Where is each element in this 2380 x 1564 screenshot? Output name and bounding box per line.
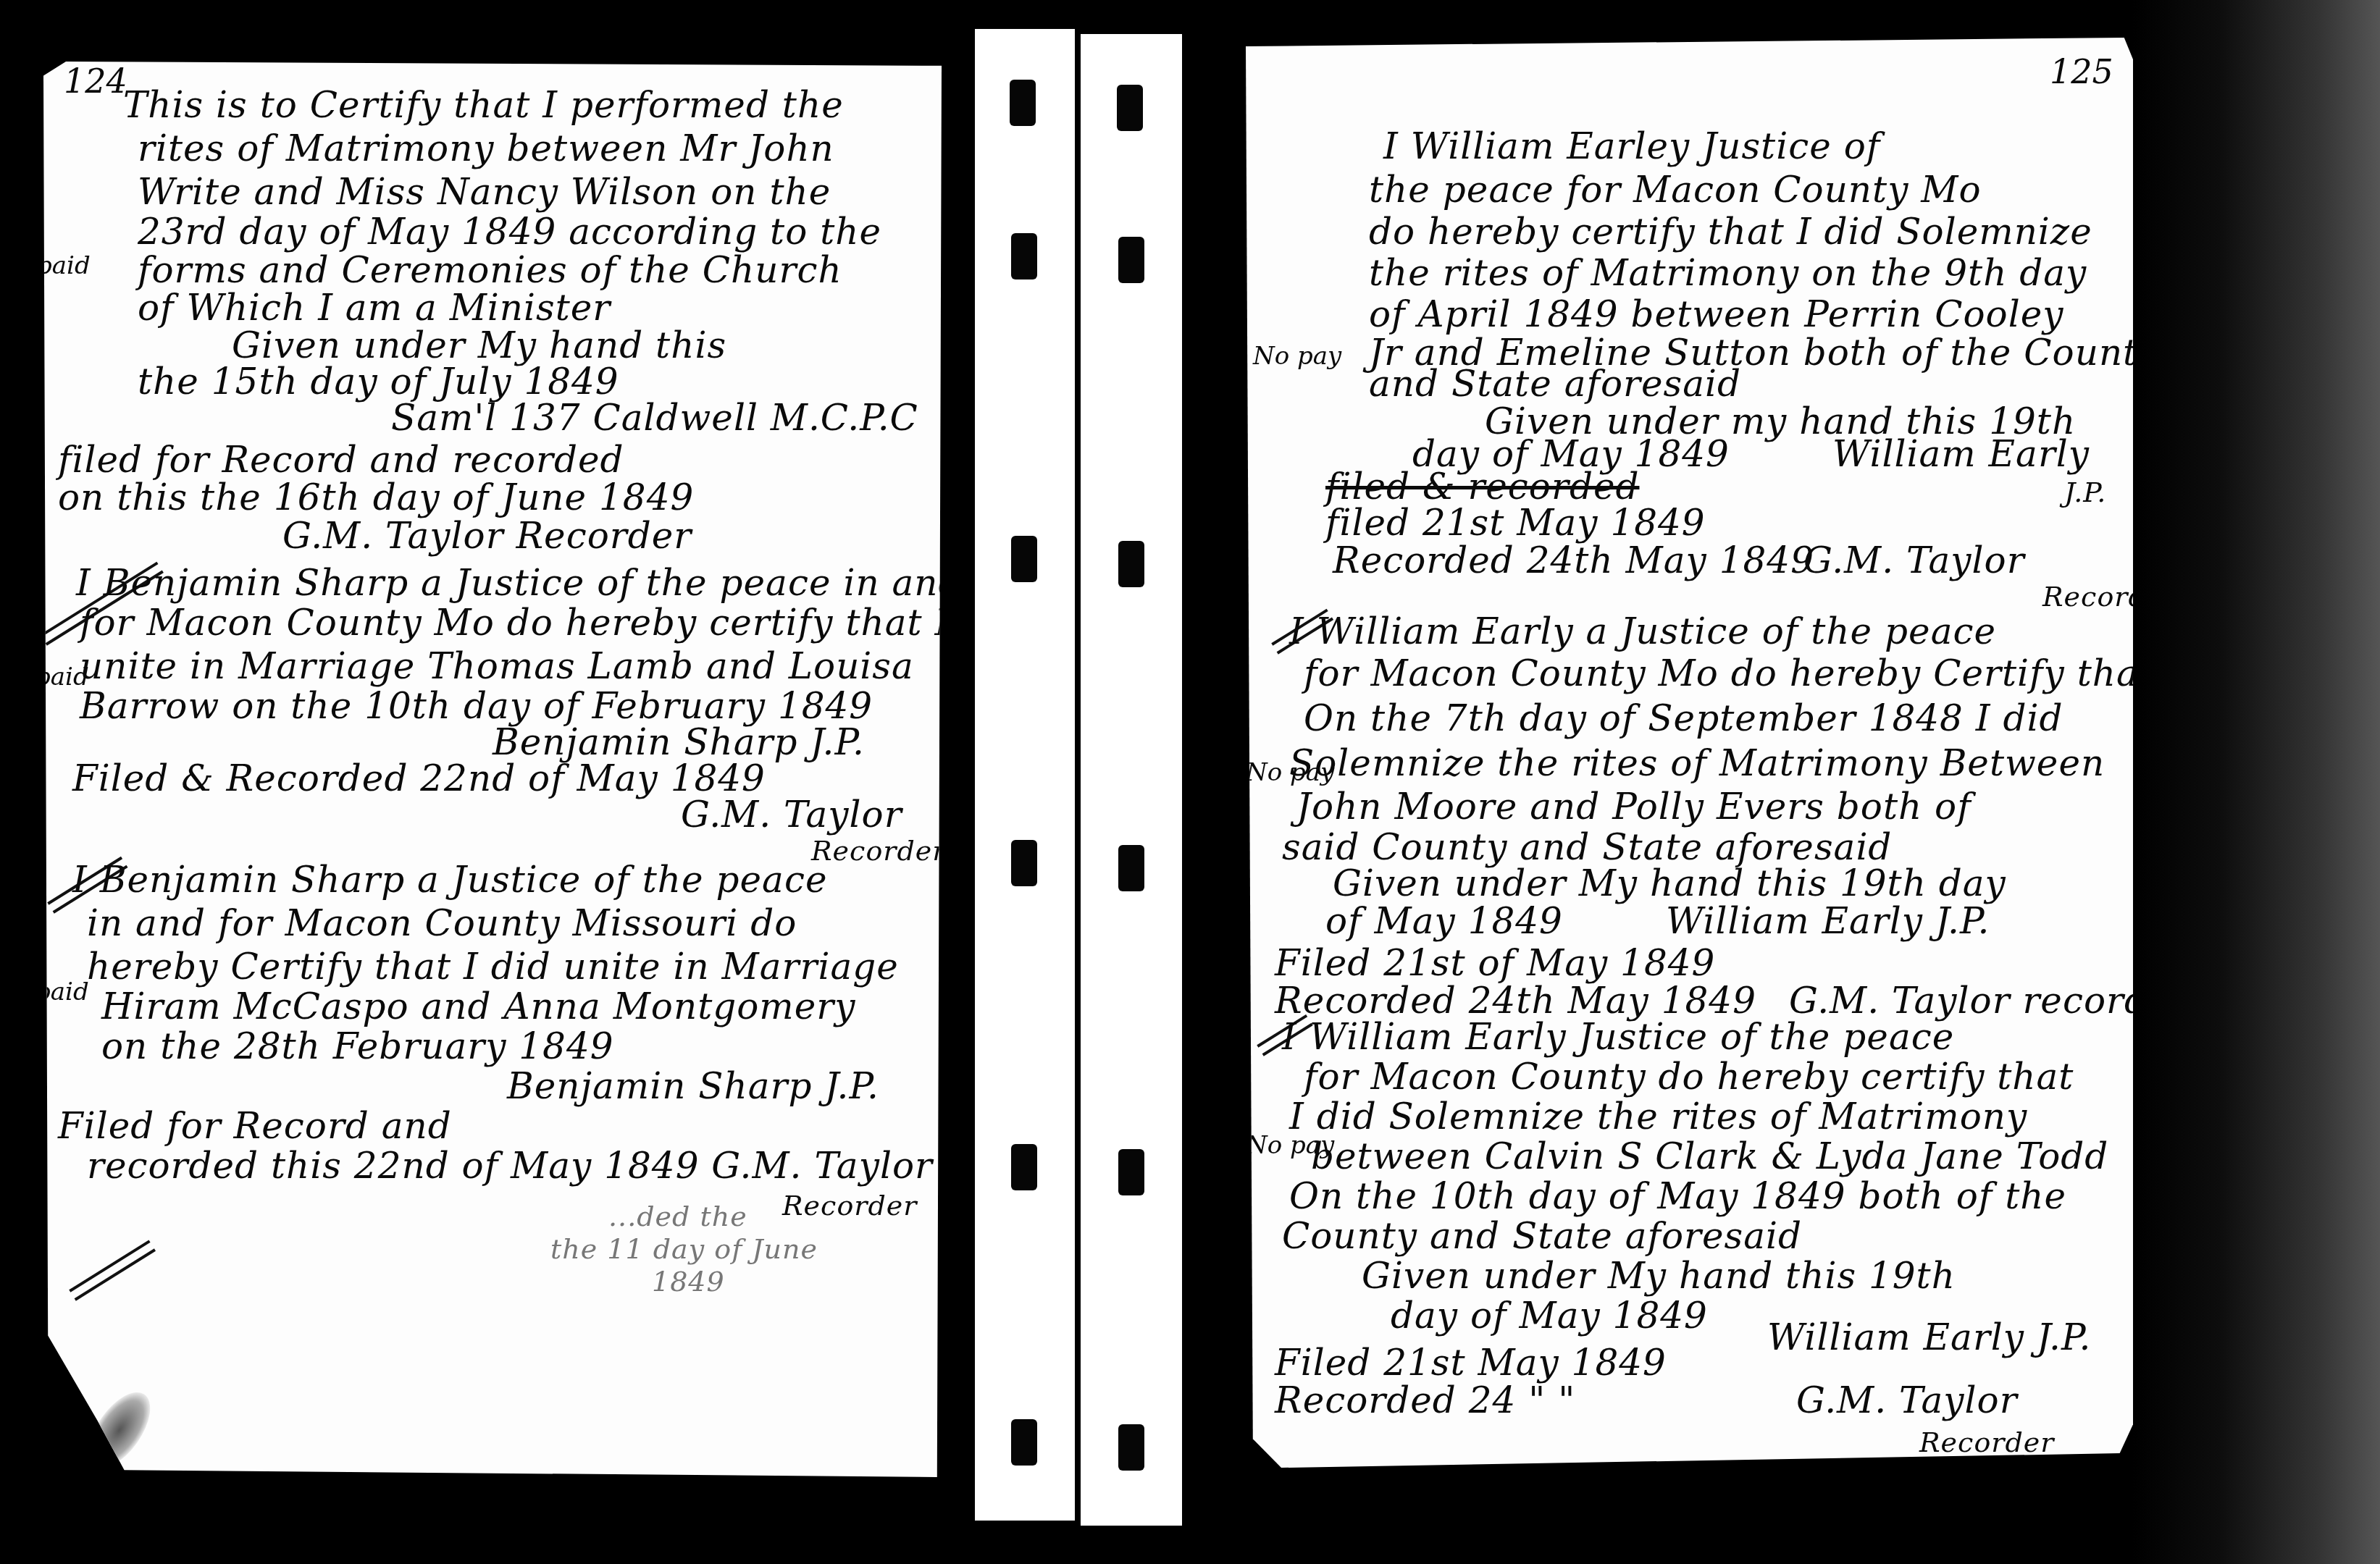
film-edge-shading — [2133, 0, 2380, 1564]
recorder-signature: G.M. Taylor Recorder — [282, 514, 692, 558]
recorder-title: Recorder — [782, 1184, 917, 1227]
filing-line: on this the 16th day of June 1849 — [58, 476, 694, 519]
entry-line: I William Early a Justice of the peace — [1289, 610, 1996, 653]
film-strip-left — [975, 29, 1075, 1521]
entry-divider — [69, 1240, 156, 1300]
entry-line: hereby Certify that I did unite in Marri… — [87, 945, 899, 988]
sprocket-hole — [1010, 80, 1036, 126]
register-page-right: 125 No pay I William Earley Justice of t… — [1246, 38, 2133, 1482]
entry-line: rites of Matrimony between Mr John — [138, 127, 834, 170]
entry-line: I Benjamin Sharp a Justice of the peace — [72, 858, 828, 901]
sprocket-hole — [1011, 536, 1037, 582]
entry-line: I Benjamin Sharp a Justice of the peace … — [76, 561, 963, 605]
entry-line: for Macon County Mo do hereby Certify th… — [1304, 652, 2154, 695]
entry-line: the peace for Macon County Mo — [1369, 168, 1982, 211]
entry-line: On the 10th day of May 1849 both of the — [1289, 1174, 2066, 1218]
entry-line: for Macon County do hereby certify that — [1304, 1055, 2074, 1098]
entry-line: Hiram McCaspo and Anna Montgomery — [101, 985, 856, 1028]
filing-line: Filed 21st May 1849 — [1275, 1341, 1667, 1384]
sprocket-hole — [1118, 1424, 1144, 1471]
entry-line: County and State aforesaid — [1282, 1214, 1802, 1258]
justice-signature: Benjamin Sharp J.P. — [507, 1064, 879, 1108]
entry-line: I did Solemnize the rites of Matrimony — [1289, 1095, 2027, 1138]
entry-line: Write and Miss Nancy Wilson on the — [138, 170, 831, 214]
sprocket-hole — [1118, 237, 1144, 283]
recorder-signature: G.M. Taylor — [1803, 539, 2025, 582]
page-number: 125 — [2050, 52, 2113, 91]
entry-line: 23rd day of May 1849 according to the — [138, 210, 881, 253]
filing-line: Filed for Record and — [58, 1104, 452, 1148]
entry-line: of May 1849 — [1325, 899, 1563, 943]
entry-line: Given under My hand this 19th — [1362, 1254, 1956, 1298]
entry-line: on the 28th February 1849 — [101, 1025, 614, 1068]
filing-line: Filed & Recorded 22nd of May 1849 — [72, 757, 766, 800]
justice-title: J.P. — [2064, 471, 2106, 514]
sprocket-hole — [1011, 233, 1037, 279]
justice-signature: William Early — [1832, 432, 2090, 476]
entry-line: the rites of Matrimony on the 9th day — [1369, 251, 2087, 295]
entry-line: On the 7th day of September 1848 I did — [1304, 697, 2063, 740]
entry-line: I William Early Justice of the peace — [1282, 1015, 1954, 1059]
sprocket-hole — [1011, 1144, 1037, 1190]
sprocket-hole — [1118, 1149, 1144, 1195]
sprocket-hole — [1011, 1419, 1037, 1466]
sprocket-hole — [1118, 541, 1144, 587]
entry-line: of April 1849 between Perrin Cooley — [1369, 293, 2063, 336]
justice-signature: William Early J.P. — [1666, 899, 1990, 943]
filing-line: Recorded 24th May 1849 — [1333, 539, 1814, 582]
entry-line: I William Earley Justice of — [1383, 125, 1880, 168]
filing-line: Recorded 24 " " — [1275, 1379, 1575, 1422]
entry-line: of Which I am a Minister — [138, 286, 611, 329]
margin-note: paid — [35, 977, 89, 1006]
entry-line: Solemnize the rites of Matrimony Between — [1289, 741, 2105, 785]
entry-line: John Moore and Polly Evers both of — [1296, 785, 1972, 828]
entry-line: between Calvin S Clark & Lyda Jane Todd — [1311, 1135, 2108, 1178]
entry-line: unite in Marriage Thomas Lamb and Louisa — [80, 644, 914, 688]
page-number: 124 — [64, 62, 127, 101]
entry-line: This is to Certify that I performed the — [123, 83, 844, 127]
recorder-title: Recorder — [811, 829, 946, 873]
ink-smudge — [77, 1382, 162, 1479]
filing-line: Filed 21st of May 1849 — [1275, 941, 1715, 985]
entry-line: Given under My hand this 19th day — [1333, 862, 2006, 905]
bleed-through-text: 1849 — [652, 1260, 725, 1303]
margin-note: No pay — [1253, 342, 1341, 371]
recorder-signature: G.M. Taylor — [1796, 1379, 2018, 1422]
filing-line: filed for Record and recorded — [58, 438, 624, 482]
entry-line: do hereby certify that I did Solemnize — [1369, 210, 2092, 253]
sprocket-hole — [1118, 845, 1144, 891]
entry-line: for Macon County Mo do hereby certify th… — [80, 601, 1022, 644]
entry-line: and State aforesaid — [1369, 362, 1741, 405]
film-strip-right — [1081, 34, 1182, 1526]
entry-line: day of May 1849 — [1391, 1294, 1708, 1337]
register-page-left: 124 paid This is to Certify that I perfo… — [43, 62, 942, 1477]
recorder-title: Recorder — [1919, 1421, 2054, 1464]
margin-note: paid — [36, 251, 91, 280]
filing-line: filed 21st May 1849 — [1325, 501, 1706, 545]
entry-line: in and for Macon County Missouri do — [87, 901, 797, 945]
sprocket-hole — [1117, 85, 1143, 131]
entry-line: forms and Ceremonies of the Church — [138, 248, 842, 292]
filing-line: recorded this 22nd of May 1849 G.M. Tayl… — [87, 1144, 933, 1187]
justice-signature: William Early J.P. — [1767, 1316, 2091, 1359]
sprocket-hole — [1011, 840, 1037, 886]
minister-signature: Sam'l 137 Caldwell M.C.P.C — [391, 396, 918, 440]
